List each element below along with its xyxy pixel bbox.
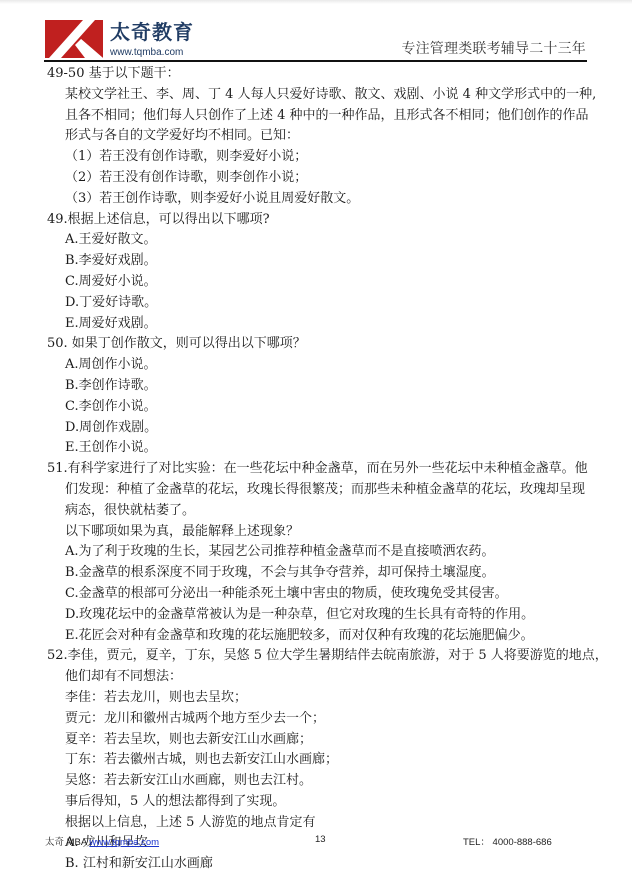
page-footer: 太奇 MBA www.tqmba.com 13 TEL： 4000-888-68… (45, 834, 590, 850)
statement-item: 吴悠：若去新安江山水画廊，则也去江村。 (47, 771, 592, 792)
question-52-cont: 他们却有不同想法： (47, 667, 592, 688)
brand-url: www.tqmba.com (110, 47, 194, 59)
option-52-b: B. 江村和新安江山水画廊 (47, 854, 592, 875)
condition-item: （2）若王没有创作诗歌，则李创作小说； (47, 168, 592, 189)
option-50-d: D.周创作戏剧。 (47, 418, 592, 439)
question-50: 50. 如果丁创作散文，则可以得出以下哪项？ (47, 334, 592, 355)
statement-item: 贾元：龙川和徽州古城两个地方至少去一个； (47, 709, 592, 730)
footer-brand-prefix: 太奇 MBA (45, 837, 89, 848)
option-51-c: C.金盏草的根部可分泌出一种能杀死土壤中害虫的物质，使玫瑰免受其侵害。 (47, 584, 592, 605)
option-49-b: B.李爱好戏剧。 (47, 251, 592, 272)
question-51-cont: 们发现：种植了金盏草的花坛，玫瑰长得很繁茂；而那些未种植金盏草的花坛，玫瑰却呈现 (47, 480, 592, 501)
question-52-prompt: 根据以上信息，上述 5 人游览的地点肯定有 (47, 813, 592, 834)
option-50-b: B.李创作诗歌。 (47, 376, 592, 397)
footer-telephone: TEL： 4000-888-686 (463, 834, 552, 848)
option-51-d: D.玫瑰花坛中的金盏草常被认为是一种杂草，但它对玫瑰的生长具有奇特的作用。 (47, 605, 592, 626)
question-51-cont: 病态，很快就枯萎了。 (47, 501, 592, 522)
option-51-b: B.金盏草的根系深度不同于玫瑰，不会与其争夺营养，却可保持土壤湿度。 (47, 563, 592, 584)
brand-name: 太奇教育 (110, 20, 194, 44)
statement-item: 夏辛：若去呈坎，则也去新安江山水画廊； (47, 730, 592, 751)
option-49-c: C.周爱好小说。 (47, 272, 592, 293)
condition-item: （3）若王创作诗歌，则李爱好小说且周爱好散文。 (47, 189, 592, 210)
question-51: 51.有科学家进行了对比实验：在一些花坛中种金盏草，而在另外一些花坛中未种植金盏… (47, 459, 592, 480)
page-content: 49-50 基于以下题干： 某校文学社王、李、周、丁 4 人每人只爱好诗歌、散文… (47, 64, 592, 875)
stem-line: 形式与各自的文学爱好均不相同。已知： (47, 126, 592, 147)
condition-item: （1）若王没有创作诗歌，则李爱好小说； (47, 147, 592, 168)
option-49-e: E.周爱好戏剧。 (47, 314, 592, 335)
page-top-shadow (0, 0, 632, 4)
option-51-e: E.花匠会对种有金盏草和玫瑰的花坛施肥较多，而对仅种有玫瑰的花坛施肥偏少。 (47, 626, 592, 647)
page-number: 13 (315, 834, 326, 845)
question-52-fact: 事后得知，5 人的想法都得到了实现。 (47, 792, 592, 813)
footer-brand: 太奇 MBA www.tqmba.com (45, 834, 159, 848)
intro-label: 49-50 基于以下题干： (47, 64, 592, 85)
option-50-e: E.王创作小说。 (47, 438, 592, 459)
option-51-a: A.为了利于玫瑰的生长，某园艺公司推荐种植金盏草而不是直接喷洒农药。 (47, 542, 592, 563)
footer-website-link[interactable]: www.tqmba.com (89, 837, 159, 848)
header-divider (44, 60, 587, 62)
option-50-c: C.李创作小说。 (47, 397, 592, 418)
question-51-prompt: 以下哪项如果为真，最能解释上述现象？ (47, 522, 592, 543)
taiqi-logo-icon (45, 20, 103, 58)
question-52: 52.李佳，贾元，夏辛，丁东，吴悠 5 位大学生暑期结伴去皖南旅游，对于 5 人… (47, 646, 592, 667)
stem-line: 且各不相同；他们每人只创作了上述 4 种中的一种作品，且形式各不相同；他们创作的… (47, 106, 592, 127)
statement-item: 李佳：若去龙川，则也去呈坎； (47, 688, 592, 709)
stem-line: 某校文学社王、李、周、丁 4 人每人只爱好诗歌、散文、戏剧、小说 4 种文学形式… (47, 85, 592, 106)
option-49-d: D.丁爱好诗歌。 (47, 293, 592, 314)
question-49: 49.根据上述信息，可以得出以下哪项? (47, 210, 592, 231)
brand-block: 太奇教育 www.tqmba.com (110, 20, 194, 59)
option-50-a: A.周创作小说。 (47, 355, 592, 376)
header-slogan: 专注管理类联考辅导二十三年 (401, 40, 586, 58)
statement-item: 丁东：若去徽州古城，则也去新安江山水画廊； (47, 750, 592, 771)
option-49-a: A.王爱好散文。 (47, 230, 592, 251)
